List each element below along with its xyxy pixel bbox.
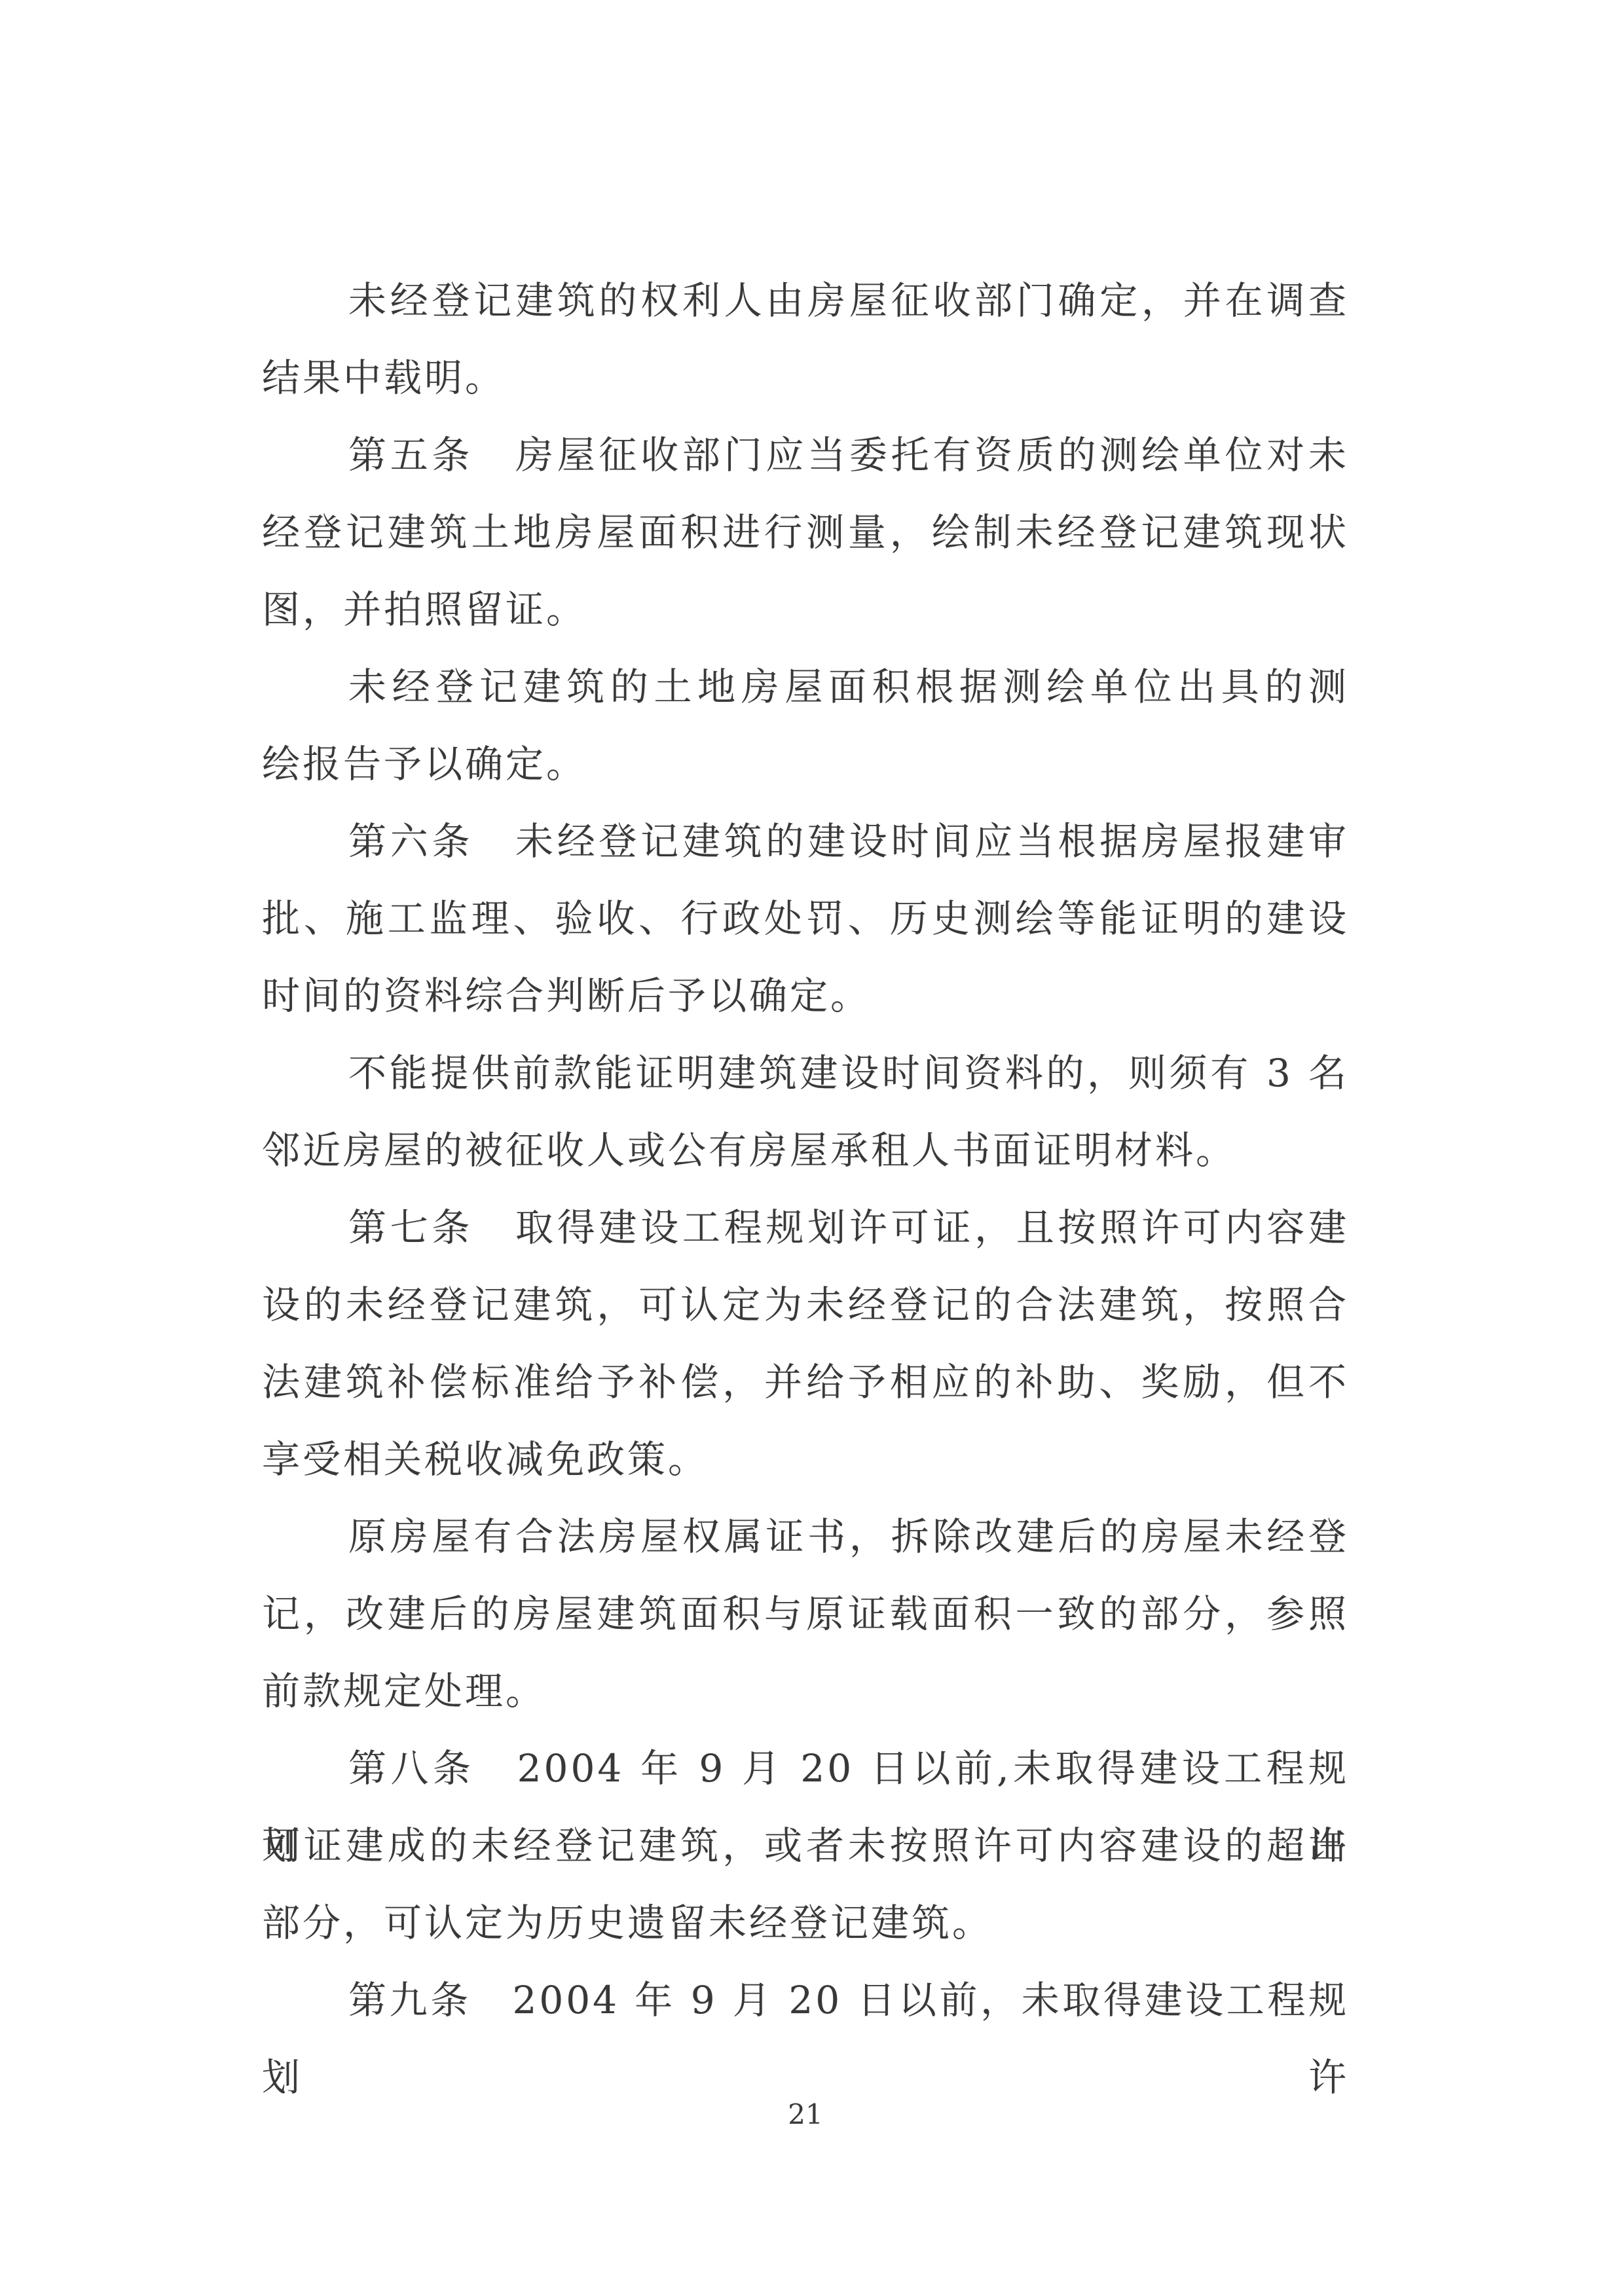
text-line: 记，改建后的房屋建筑面积与原证载面积一致的部分，参照 xyxy=(262,1575,1349,1652)
text-line: 享受相关税收减免政策。 xyxy=(262,1421,1349,1498)
text-line: 绘报告予以确定。 xyxy=(262,725,1349,803)
text-line: 第九条 2004 年 9 月 20 日以前，未取得建设工程规划许 xyxy=(262,1961,1349,2039)
document-page: 未经登记建筑的权利人由房屋征收部门确定，并在调查 结果中载明。 第五条 房屋征收… xyxy=(0,0,1624,2296)
text-line: 经登记建筑土地房屋面积进行测量，绘制未经登记建筑现状 xyxy=(262,494,1349,571)
text-line: 设的未经登记建筑，可认定为未经登记的合法建筑，按照合 xyxy=(262,1266,1349,1343)
text-line: 第六条 未经登记建筑的建设时间应当根据房屋报建审 xyxy=(262,803,1349,880)
text-line: 邻近房屋的被征收人或公有房屋承租人书面证明材料。 xyxy=(262,1112,1349,1189)
text-line: 前款规定处理。 xyxy=(262,1652,1349,1730)
text-line: 图，并拍照留证。 xyxy=(262,571,1349,648)
text-line: 原房屋有合法房屋权属证书，拆除改建后的房屋未经登 xyxy=(262,1498,1349,1575)
text-line: 第八条 2004 年 9 月 20 日以前,未取得建设工程规划许 xyxy=(262,1730,1349,1807)
text-line: 法建筑补偿标准给予补偿，并给予相应的补助、奖励，但不 xyxy=(262,1343,1349,1421)
text-line: 时间的资料综合判断后予以确定。 xyxy=(262,957,1349,1034)
text-line: 未经登记建筑的权利人由房屋征收部门确定，并在调查 xyxy=(262,262,1349,339)
text-line: 不能提供前款能证明建筑建设时间资料的，则须有 3 名 xyxy=(262,1034,1349,1112)
text-line: 结果中载明。 xyxy=(262,339,1349,416)
text-line: 批、施工监理、验收、行政处罚、历史测绘等能证明的建设 xyxy=(262,880,1349,957)
text-line: 第五条 房屋征收部门应当委托有资质的测绘单位对未 xyxy=(262,416,1349,494)
text-line: 未经登记建筑的土地房屋面积根据测绘单位出具的测 xyxy=(262,648,1349,725)
document-text-block: 未经登记建筑的权利人由房屋征收部门确定，并在调查 结果中载明。 第五条 房屋征收… xyxy=(262,262,1349,2039)
text-line: 第七条 取得建设工程规划许可证，且按照许可内容建 xyxy=(262,1189,1349,1266)
text-line: 部分，可认定为历史遗留未经登记建筑。 xyxy=(262,1884,1349,1961)
text-line: 可证建成的未经登记建筑，或者未按照许可内容建设的超出 xyxy=(262,1807,1349,1884)
page-number: 21 xyxy=(262,2098,1349,2131)
